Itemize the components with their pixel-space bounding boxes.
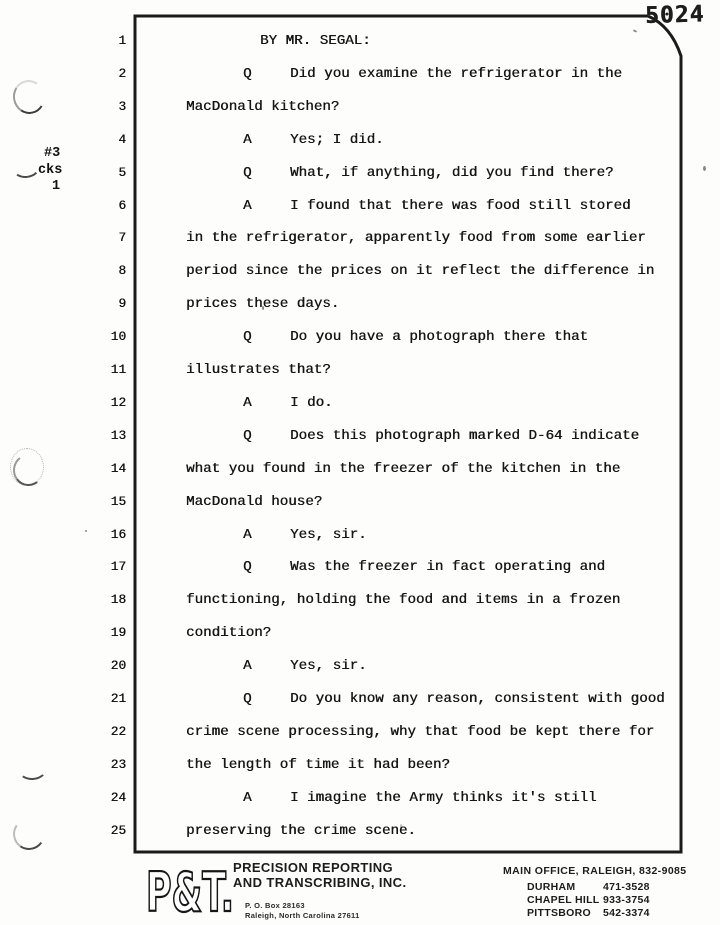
transcript-line: 20AYes, sir. bbox=[0, 658, 720, 678]
line-text: condition? bbox=[186, 625, 271, 641]
transcript-line: 4AYes; I did. bbox=[0, 132, 720, 152]
line-text: Yes, sir. bbox=[290, 658, 367, 674]
speaker-letter: A bbox=[243, 790, 252, 806]
line-number: 19 bbox=[92, 625, 126, 640]
speaker-letter: Q bbox=[243, 165, 252, 181]
speaker-letter: Q bbox=[243, 691, 252, 707]
line-text: I imagine the Army thinks it's still bbox=[290, 790, 597, 806]
line-text: what you found in the freezer of the kit… bbox=[186, 461, 620, 477]
line-number: 15 bbox=[92, 494, 126, 509]
line-number: 4 bbox=[92, 132, 126, 147]
line-text: Did you examine the refrigerator in the bbox=[290, 66, 622, 82]
transcript-line: 19condition? bbox=[0, 625, 720, 645]
line-number: 1 bbox=[92, 33, 126, 48]
speaker-letter: Q bbox=[243, 428, 252, 444]
line-number: 21 bbox=[92, 691, 126, 706]
company-address: P. O. Box 28163 Raleigh, North Carolina … bbox=[245, 901, 360, 920]
company-name-line2: AND TRANSCRIBING, INC. bbox=[233, 875, 406, 890]
transcript-line: 24AI imagine the Army thinks it's still bbox=[0, 790, 720, 810]
branch-office-city: PITTSBORO bbox=[527, 907, 603, 920]
speaker-letter: A bbox=[243, 395, 252, 411]
speaker-letter: A bbox=[243, 658, 252, 674]
line-text: MacDonald kitchen? bbox=[186, 99, 339, 115]
line-number: 16 bbox=[92, 527, 126, 542]
company-name-line1: PRECISION REPORTING bbox=[233, 860, 406, 875]
transcript-line: 16AYes, sir. bbox=[0, 527, 720, 547]
branch-office-city: DURHAM bbox=[527, 881, 603, 894]
line-text: Does this photograph marked D-64 indicat… bbox=[290, 428, 639, 444]
line-number: 14 bbox=[92, 461, 126, 476]
transcript-line: 9prices these days. bbox=[0, 296, 720, 316]
transcript-page: 5024 #3 cks 1 1BY MR. SEGAL:2QDid you ex… bbox=[0, 0, 720, 925]
line-number: 24 bbox=[92, 790, 126, 805]
speaker-letter: A bbox=[243, 527, 252, 543]
branch-office-row: CHAPEL HILL933-3754 bbox=[527, 894, 673, 907]
company-logo: P&T. bbox=[144, 859, 236, 923]
line-number: 9 bbox=[92, 296, 126, 311]
transcript-line: 6AI found that there was food still stor… bbox=[0, 198, 720, 218]
transcript-line: 14what you found in the freezer of the k… bbox=[0, 461, 720, 481]
speaker-letter: Q bbox=[243, 329, 252, 345]
line-text: Do you have a photograph there that bbox=[290, 329, 588, 345]
line-text: I do. bbox=[290, 395, 333, 411]
line-text: illustrates that? bbox=[186, 362, 331, 378]
line-text: MacDonald house? bbox=[186, 494, 322, 510]
branch-office-list: DURHAM471-3528CHAPEL HILL933-3754PITTSBO… bbox=[527, 881, 673, 920]
transcript-line: 22crime scene processing, why that food … bbox=[0, 724, 720, 744]
transcript-line: 11illustrates that? bbox=[0, 362, 720, 382]
speaker-letter: A bbox=[243, 198, 252, 214]
line-number: 7 bbox=[92, 230, 126, 245]
line-text: Yes; I did. bbox=[290, 132, 384, 148]
line-text: functioning, holding the food and items … bbox=[186, 592, 620, 608]
company-address-line1: P. O. Box 28163 bbox=[245, 901, 360, 911]
line-number: 18 bbox=[92, 592, 126, 607]
transcript-line: 5QWhat, if anything, did you find there? bbox=[0, 165, 720, 185]
speaker-letter: A bbox=[243, 132, 252, 148]
line-number: 20 bbox=[92, 658, 126, 673]
line-number: 17 bbox=[92, 559, 126, 574]
line-number: 5 bbox=[92, 165, 126, 180]
company-logo-text: P&T. bbox=[146, 861, 234, 923]
transcript-line: 13QDoes this photograph marked D-64 indi… bbox=[0, 428, 720, 448]
transcript-line: 12AI do. bbox=[0, 395, 720, 415]
branch-office-city: CHAPEL HILL bbox=[527, 894, 603, 907]
branch-office-phone: 471-3528 bbox=[603, 881, 673, 894]
branch-office-row: PITTSBORO542-3374 bbox=[527, 907, 673, 920]
line-number: 23 bbox=[92, 757, 126, 772]
branch-office-row: DURHAM471-3528 bbox=[527, 881, 673, 894]
transcript-line: 1BY MR. SEGAL: bbox=[0, 33, 720, 53]
line-text: BY MR. SEGAL: bbox=[260, 33, 371, 49]
transcript-line: 18functioning, holding the food and item… bbox=[0, 592, 720, 612]
line-number: 25 bbox=[92, 823, 126, 838]
line-text: I found that there was food still stored bbox=[290, 198, 631, 214]
company-address-line2: Raleigh, North Carolina 27611 bbox=[245, 911, 360, 921]
speaker-letter: Q bbox=[243, 559, 252, 575]
line-number: 10 bbox=[92, 329, 126, 344]
reporting-company-footer: P&T. PRECISION REPORTING AND TRANSCRIBIN… bbox=[0, 853, 720, 925]
branch-office-phone: 933-3754 bbox=[603, 894, 673, 907]
line-text: Do you know any reason, consistent with … bbox=[290, 691, 665, 707]
main-office-line: MAIN OFFICE, RALEIGH, 832-9085 bbox=[503, 865, 687, 877]
line-number: 8 bbox=[92, 263, 126, 278]
line-number: 3 bbox=[92, 99, 126, 114]
line-text: Yes, sir. bbox=[290, 527, 367, 543]
transcript-line: 23the length of time it had been? bbox=[0, 757, 720, 777]
line-number: 11 bbox=[92, 362, 126, 377]
speaker-letter: Q bbox=[243, 66, 252, 82]
line-text: What, if anything, did you find there? bbox=[290, 165, 614, 181]
line-text: in the refrigerator, apparently food fro… bbox=[186, 230, 646, 246]
line-number: 22 bbox=[92, 724, 126, 739]
line-text: preserving the crime scene. bbox=[186, 823, 416, 839]
line-text: Was the freezer in fact operating and bbox=[290, 559, 605, 575]
company-name: PRECISION REPORTING AND TRANSCRIBING, IN… bbox=[233, 860, 406, 890]
line-number: 13 bbox=[92, 428, 126, 443]
line-number: 12 bbox=[92, 395, 126, 410]
transcript-line: 17QWas the freezer in fact operating and bbox=[0, 559, 720, 579]
transcript-line: 8period since the prices on it reflect t… bbox=[0, 263, 720, 283]
line-text: crime scene processing, why that food be… bbox=[186, 724, 654, 740]
line-number: 2 bbox=[92, 66, 126, 81]
transcript-line: 3MacDonald kitchen? bbox=[0, 99, 720, 119]
transcript-lines: 1BY MR. SEGAL:2QDid you examine the refr… bbox=[0, 0, 720, 860]
transcript-line: 15MacDonald house? bbox=[0, 494, 720, 514]
transcript-line: 2QDid you examine the refrigerator in th… bbox=[0, 66, 720, 86]
line-text: the length of time it had been? bbox=[186, 757, 450, 773]
transcript-line: 25preserving the crime scene. bbox=[0, 823, 720, 843]
transcript-line: 21QDo you know any reason, consistent wi… bbox=[0, 691, 720, 711]
transcript-line: 7in the refrigerator, apparently food fr… bbox=[0, 230, 720, 250]
line-text: period since the prices on it reflect th… bbox=[186, 263, 654, 279]
line-number: 6 bbox=[92, 198, 126, 213]
transcript-line: 10QDo you have a photograph there that bbox=[0, 329, 720, 349]
line-text: prices these days. bbox=[186, 296, 339, 312]
branch-office-phone: 542-3374 bbox=[603, 907, 673, 920]
